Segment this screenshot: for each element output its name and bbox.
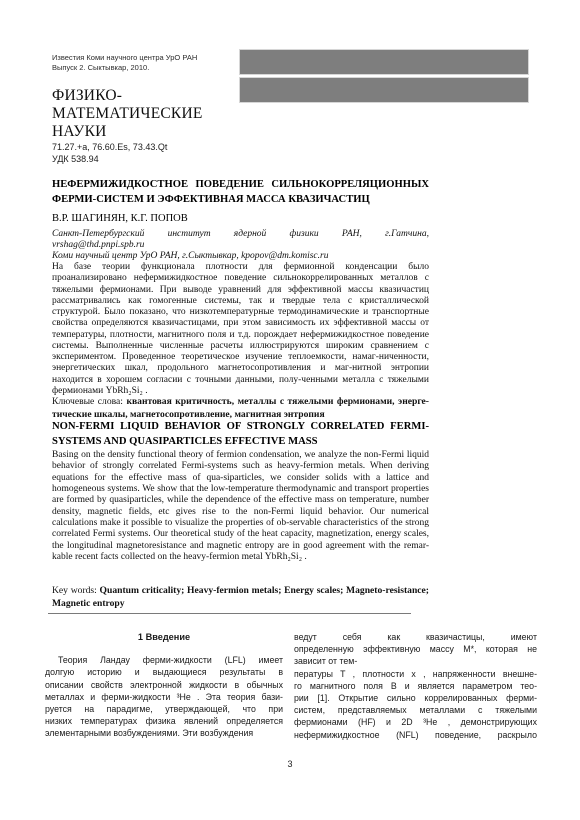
horizontal-divider bbox=[48, 613, 411, 614]
redacted-gray-bars bbox=[239, 49, 529, 105]
classification-codes: 71.27.+a, 76.60.Es, 73.43.Qt УДК 538.94 bbox=[52, 142, 167, 165]
authors: В.Р. ШАГИНЯН, К.Г. ПОПОВ bbox=[52, 213, 188, 225]
paper-page: Известия Коми научного центра УрО РАН Вы… bbox=[0, 0, 580, 820]
text-column-left: 1 Введение Теория Ландау ферми-жидкости … bbox=[45, 631, 283, 741]
article-title-ru: НЕФЕРМИЖИДКОСТНОЕ ПОВЕДЕНИЕ СИЛЬНОКОРРЕЛ… bbox=[52, 178, 429, 207]
text-line: рии [1]. Открытие сильно коррелированных… bbox=[294, 692, 537, 704]
text-line: долгую историю и выдающиеся результаты в bbox=[45, 666, 283, 678]
section-title-line: МАТЕМАТИЧЕСКИЕ bbox=[52, 105, 203, 123]
keywords-en-label: Key words: bbox=[52, 585, 100, 596]
affiliation-line: Санкт-Петербургский институт ядерной физ… bbox=[52, 229, 429, 240]
article-title-en: NON-FERMI LIQUID BEHAVIOR OF STRONGLY CO… bbox=[52, 420, 429, 449]
text-line: фермионами (HF) и 2D ³He , демонстрирующ… bbox=[294, 716, 537, 728]
title-line: НЕФЕРМИЖИДКОСТНОЕ ПОВЕДЕНИЕ СИЛЬНОКОРРЕЛ… bbox=[52, 178, 429, 193]
section-title: ФИЗИКО- МАТЕМАТИЧЕСКИЕ НАУКИ bbox=[52, 87, 203, 141]
text-line: руется на парадигме, утверждающей, что п… bbox=[45, 703, 283, 715]
journal-header: Известия Коми научного центра УрО РАН Вы… bbox=[52, 53, 197, 72]
section-heading: 1 Введение bbox=[45, 631, 283, 643]
page-number: 3 bbox=[0, 759, 580, 769]
udk-code: УДК 538.94 bbox=[52, 154, 167, 166]
abstract-en: Basing on the density functional theory … bbox=[52, 450, 429, 563]
text-line: металлах и ферми-жидкости ³He . Эта теор… bbox=[45, 691, 283, 703]
gray-bar bbox=[239, 49, 529, 75]
text-line: элементарными возбуждениями. Эти возбужд… bbox=[45, 727, 283, 739]
keywords-en: Key words: Quantum criticality; Heavy-fe… bbox=[52, 584, 429, 610]
text-line: нефермижидкостное (NFL) поведение, раскр… bbox=[294, 729, 537, 741]
text-line: определенную эффективную массу M*, котор… bbox=[294, 643, 537, 655]
title-line: SYSTEMS AND QUASIPARTICLES EFFECTIVE MAS… bbox=[52, 435, 429, 450]
journal-name: Известия Коми научного центра УрО РАН bbox=[52, 53, 197, 63]
text-line: го магнитного поля B и является параметр… bbox=[294, 680, 537, 692]
keywords-en-text: Quantum criticality; Heavy-fermion metal… bbox=[52, 585, 429, 609]
text-line: систем, представляемых металлами с тяжел… bbox=[294, 704, 537, 716]
abstract-ru: На базе теории функционала плотности для… bbox=[52, 262, 429, 397]
journal-issue: Выпуск 2. Сыктывкар, 2010. bbox=[52, 63, 197, 73]
text-line: низких температурах физика явлений опред… bbox=[45, 715, 283, 727]
pacs-codes: 71.27.+a, 76.60.Es, 73.43.Qt bbox=[52, 142, 167, 154]
keywords-ru-label: Ключевые слова: bbox=[52, 396, 126, 407]
affiliation-email: vrshag@thd.pnpi.spb.ru bbox=[52, 240, 429, 251]
section-title-line: ФИЗИКО- bbox=[52, 87, 203, 105]
affiliation: Санкт-Петербургский институт ядерной физ… bbox=[52, 229, 429, 261]
gray-bar bbox=[239, 77, 529, 103]
introduction-section: 1 Введение Теория Ландау ферми-жидкости … bbox=[45, 631, 537, 741]
affiliation-line: Коми научный центр УрО РАН, г.Сыктывкар,… bbox=[52, 251, 429, 262]
text-line: ведут себя как квазичастицы, имеют bbox=[294, 631, 537, 643]
text-line: описании свойств электронной жидкости в … bbox=[45, 679, 283, 691]
section-title-line: НАУКИ bbox=[52, 123, 203, 141]
text-column-right: ведут себя как квазичастицы, имеют опред… bbox=[294, 631, 537, 741]
text-line: пературы T , плотности x , напряженности… bbox=[294, 668, 537, 680]
text-line: Теория Ландау ферми-жидкости (LFL) имеет bbox=[45, 654, 283, 666]
keywords-ru: Ключевые слова: квантовая критичность, м… bbox=[52, 395, 429, 421]
title-line: ФЕРМИ-СИСТЕМ И ЭФФЕКТИВНАЯ МАССА КВАЗИЧА… bbox=[52, 193, 429, 208]
text-line: зависит от тем- bbox=[294, 655, 537, 667]
title-line: NON-FERMI LIQUID BEHAVIOR OF STRONGLY CO… bbox=[52, 420, 429, 435]
